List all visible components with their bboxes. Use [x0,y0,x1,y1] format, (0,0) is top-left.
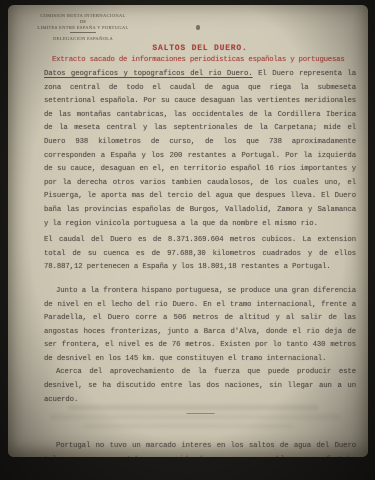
letterhead: COMISION MIXTA INTERNACIONAL DE LIMITES … [28,13,138,42]
paragraph-portugal-interest: Portugal no tuvo un marcado interes en l… [44,440,356,457]
ink-speck [196,25,200,30]
bleedthrough-smudge [83,424,293,428]
bleedthrough-smudge [50,415,340,419]
paragraph-flow-basin: El caudal del Duero es de 8.371.369.604 … [44,234,356,275]
page-title: SALTOS DEL DUERO. [152,44,247,53]
bleedthrough-smudge [68,405,318,410]
letterhead-line-3: LIMITES ENTRE ESPAÑA Y PORTUGAL [28,25,138,31]
letterhead-rule [70,32,96,33]
paragraph-agreement: Acerca del aprovechamiento de la fuerza … [44,366,356,407]
document-subtitle: Extracto sacado de informaciones periodi… [44,56,356,65]
section-heading: Datos geograficos y topograficos del rio… [44,70,253,78]
paragraph-level-difference: Junto a la frontera hispano portuguesa, … [44,285,356,367]
paragraph-geography-text: El Duero representa la zona central de t… [44,70,356,228]
paragraph-geography: Datos geograficos y topograficos del rio… [44,68,356,231]
letterhead-delegation: DELEGACION ESPAÑOLA [28,36,138,42]
document-page: COMISION MIXTA INTERNACIONAL DE LIMITES … [8,5,368,457]
